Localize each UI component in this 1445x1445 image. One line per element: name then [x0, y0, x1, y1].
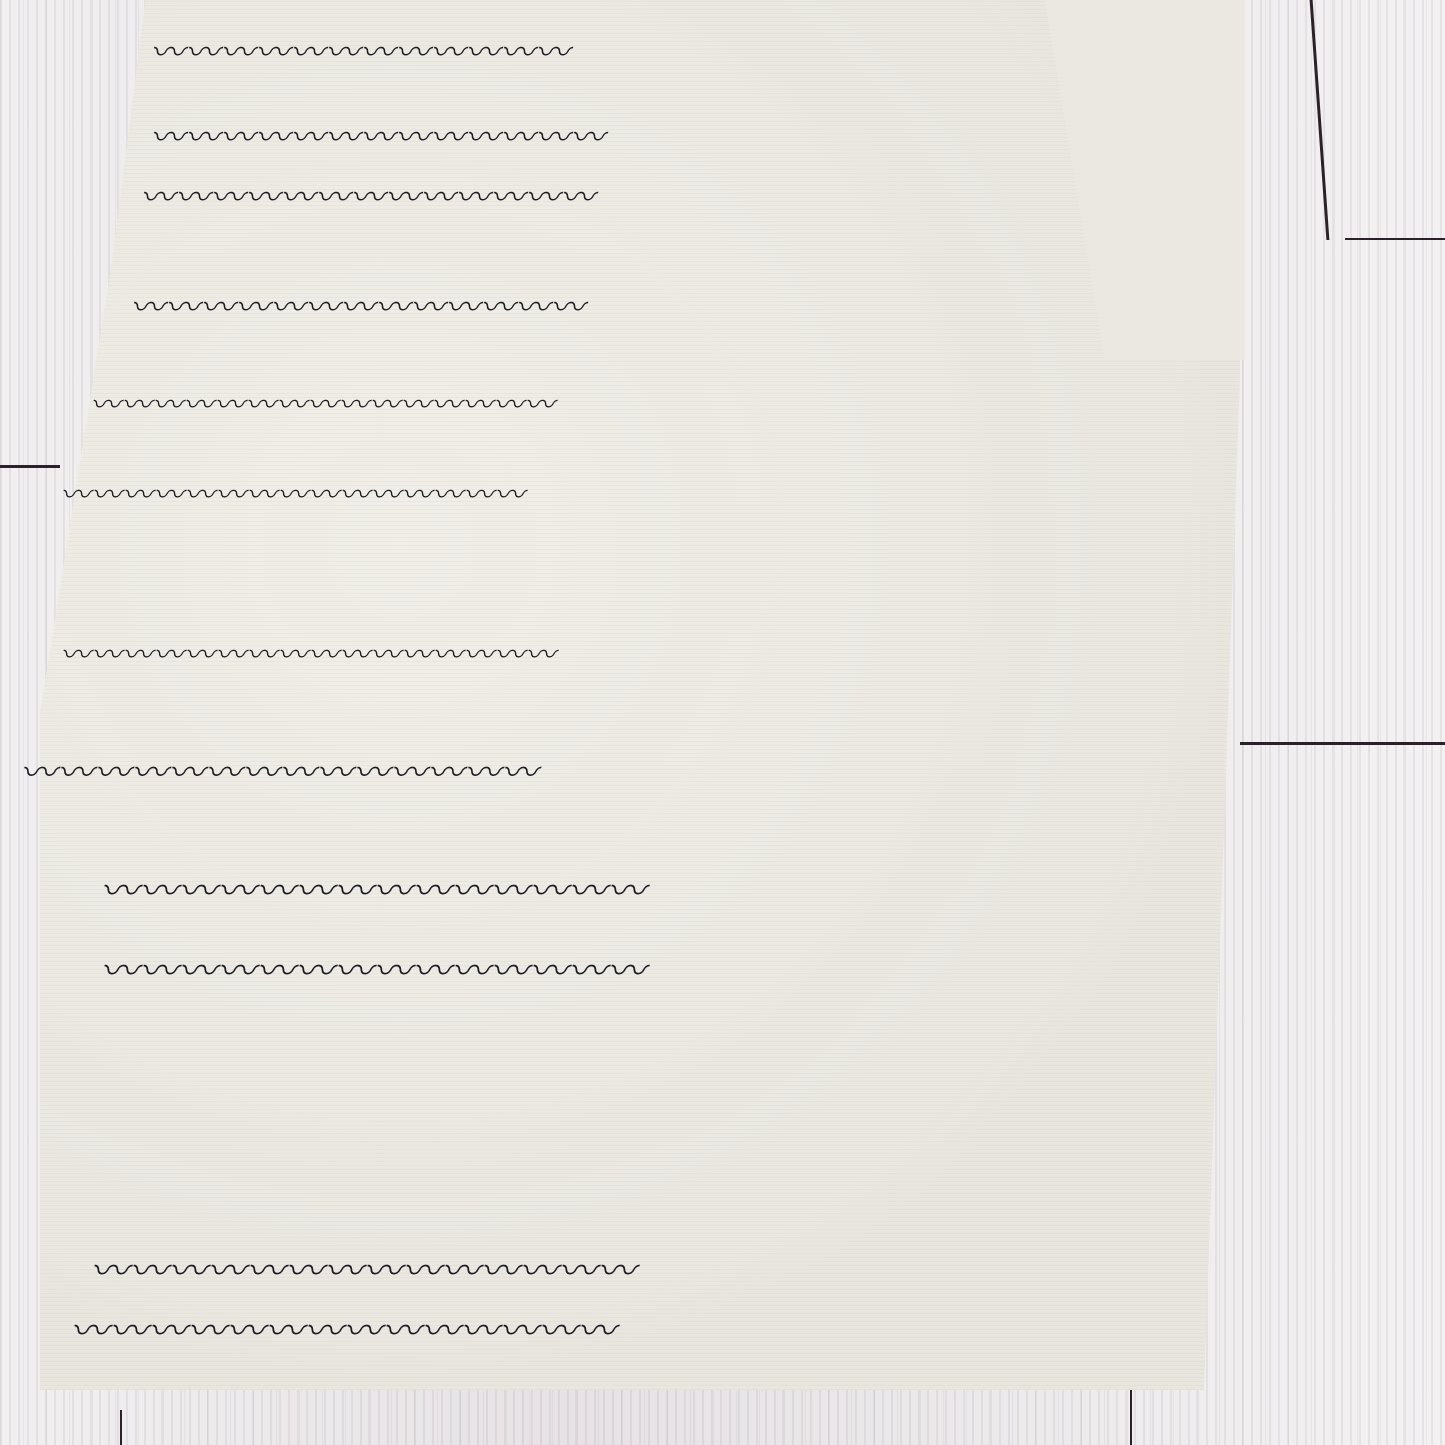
script-line: 〰〰〰〰〰〰〰〰〰〰〰〰〰〰: [70, 1300, 616, 1355]
plank-seam: [1240, 742, 1445, 745]
plank-seam: [0, 465, 60, 468]
script-line: 〰〰〰〰〰〰〰〰〰〰〰〰〰〰: [20, 745, 538, 796]
script-line: 〰〰〰〰〰〰〰〰〰〰〰〰〰〰: [100, 940, 646, 995]
plank-seam: [1345, 238, 1445, 240]
script-line: 〰〰〰〰〰〰〰〰〰〰〰〰: [150, 25, 570, 74]
script-line: 〰〰〰〰〰〰〰〰〰〰〰〰〰〰〰: [90, 380, 555, 424]
script-line: 〰〰〰〰〰〰〰〰〰〰〰〰〰: [150, 110, 605, 159]
script-line: 〰〰〰〰〰〰〰〰〰〰〰〰〰〰: [90, 1240, 636, 1295]
script-line: 〰〰〰〰〰〰〰〰〰〰〰〰〰〰〰: [60, 470, 525, 514]
plank-seam: [120, 1410, 122, 1445]
script-line: 〰〰〰〰〰〰〰〰〰〰〰〰〰〰: [100, 860, 646, 915]
script-line: 〰〰〰〰〰〰〰〰〰〰〰〰〰〰〰〰: [60, 630, 556, 674]
script-line: 〰〰〰〰〰〰〰〰〰〰〰〰〰: [140, 170, 595, 219]
script-line: 〰〰〰〰〰〰〰〰〰〰〰〰〰: [130, 280, 585, 329]
